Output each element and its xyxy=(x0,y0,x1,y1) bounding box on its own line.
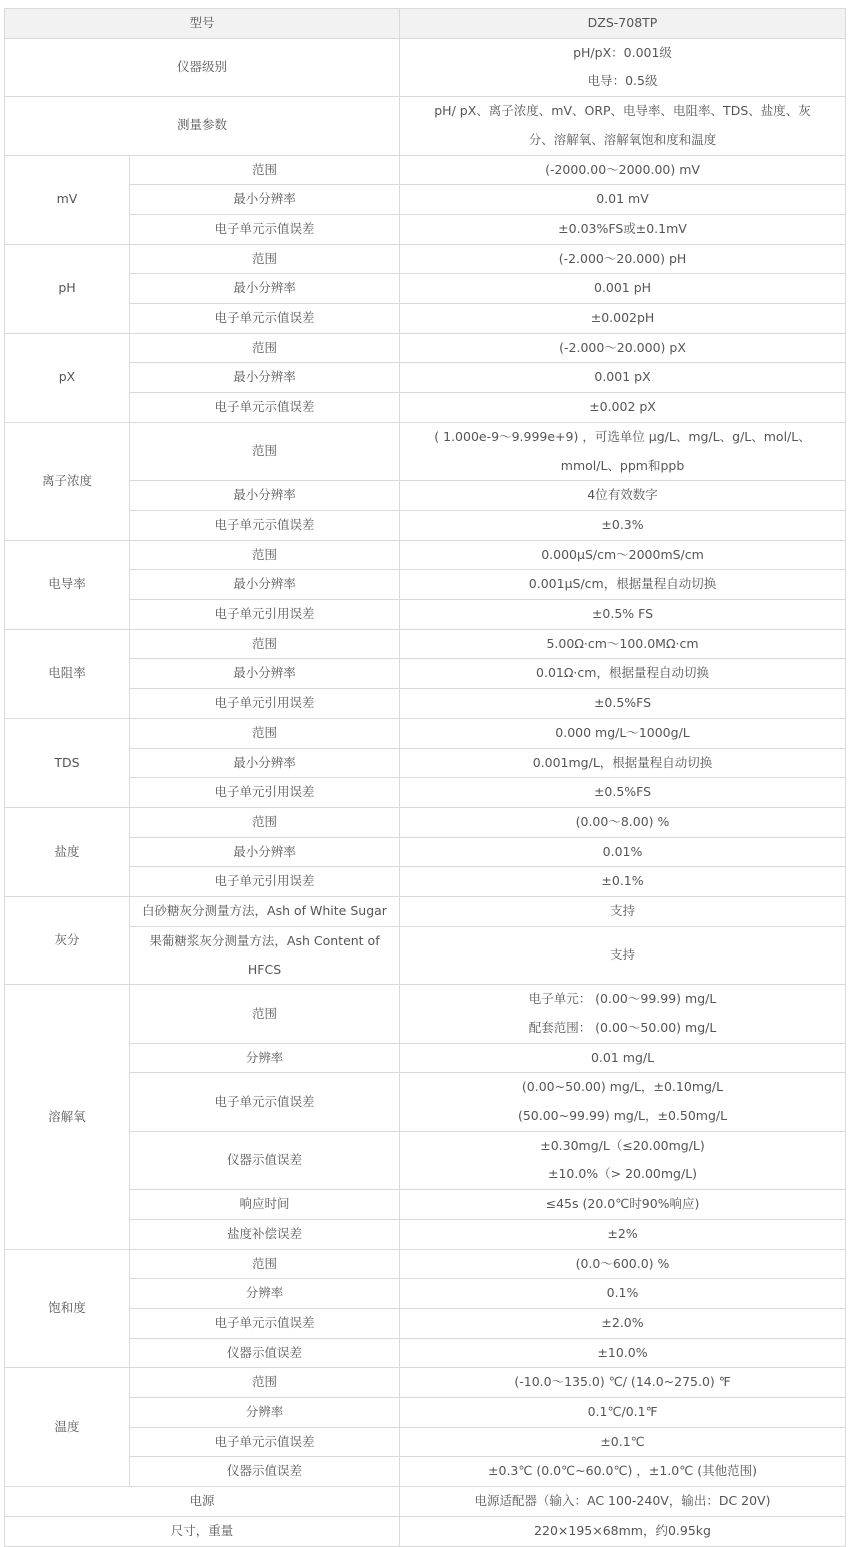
spec-value-line: (0.00～8.00) % xyxy=(406,808,839,837)
spec-row: 电子单元示值误差±0.3% xyxy=(5,510,846,540)
spec-value-line: 0.1℃/0.1℉ xyxy=(406,1398,839,1427)
spec-value-line: (-2000.00～2000.00) mV xyxy=(406,156,839,185)
spec-row: 盐度补偿误差±2% xyxy=(5,1219,846,1249)
group-name: 饱和度 xyxy=(5,1249,130,1368)
spec-value-line: (-10.0～135.0) ℃/ (14.0~275.0) ℉ xyxy=(406,1368,839,1397)
spec-value-line: 分、溶解氧、溶解氧饱和度和温度 xyxy=(406,126,839,155)
spec-label: 分辨率 xyxy=(130,1043,400,1073)
spec-value-line: 0.001 pX xyxy=(406,363,839,392)
spec-value-line: mmol/L、ppm和ppb xyxy=(406,452,839,481)
spec-label: 电子单元示值误差 xyxy=(130,393,400,423)
spec-value-line: (-2.000～20.000) pH xyxy=(406,245,839,274)
spec-label: 电子单元示值误差 xyxy=(130,304,400,334)
general-label: 测量参数 xyxy=(5,97,400,155)
spec-value-line: 电子单元： (0.00～99.99) mg/L xyxy=(406,985,839,1014)
spec-row: 电子单元引用误差±0.5% FS xyxy=(5,600,846,630)
spec-row: 电子单元引用误差±0.5%FS xyxy=(5,778,846,808)
spec-value: 0.1% xyxy=(400,1279,846,1309)
spec-value-line: pH/pX：0.001级 xyxy=(406,39,839,68)
spec-value-line: ±2% xyxy=(406,1220,839,1249)
spec-label: 分辨率 xyxy=(130,1398,400,1428)
group-name: TDS xyxy=(5,718,130,807)
spec-value: 0.001μS/cm，根据量程自动切换 xyxy=(400,570,846,600)
spec-label: 仪器示值误差 xyxy=(130,1457,400,1487)
general-row: 仪器级别pH/pX：0.001级电导：0.5级 xyxy=(5,38,846,96)
spec-row: 仪器示值误差±10.0% xyxy=(5,1338,846,1368)
spec-value-line: 0.01 mg/L xyxy=(406,1044,839,1073)
spec-row: 最小分辨率0.01 mV xyxy=(5,185,846,215)
spec-value: (0.00~50.00) mg/L，±0.10mg/L(50.00~99.99)… xyxy=(400,1073,846,1131)
spec-value: ±0.5% FS xyxy=(400,600,846,630)
spec-value-line: ( 1.000e-9～9.999e+9) ，可选单位 μg/L、mg/L、g/L… xyxy=(406,423,839,452)
spec-value-line: 支持 xyxy=(406,941,839,970)
spec-label: 最小分辨率 xyxy=(130,570,400,600)
spec-value-line: 0.001mg/L，根据量程自动切换 xyxy=(406,749,839,778)
spec-value: 0.01% xyxy=(400,837,846,867)
spec-label: 响应时间 xyxy=(130,1190,400,1220)
spec-label: 最小分辨率 xyxy=(130,659,400,689)
spec-value: 0.01 mg/L xyxy=(400,1043,846,1073)
spec-value: 0.001 pH xyxy=(400,274,846,304)
spec-label: 果葡糖浆灰分测量方法，Ash Content of HFCS xyxy=(130,926,400,984)
spec-value-line: ±0.30mg/L（≤20.00mg/L) xyxy=(406,1132,839,1161)
spec-value: ±0.5%FS xyxy=(400,689,846,719)
spec-value-line: 220×195×68mm，约0.95kg xyxy=(406,1517,839,1535)
spec-label: 最小分辨率 xyxy=(130,481,400,511)
spec-value-line: 5.00Ω·cm～100.0MΩ·cm xyxy=(406,630,839,659)
spec-label: 范围 xyxy=(130,1368,400,1398)
spec-value: ±0.002 pX xyxy=(400,393,846,423)
spec-value: (0.00～8.00) % xyxy=(400,807,846,837)
spec-row: 离子浓度范围( 1.000e-9～9.999e+9) ，可选单位 μg/L、mg… xyxy=(5,422,846,480)
spec-label: 电子单元示值误差 xyxy=(130,1308,400,1338)
spec-row: TDS范围0.000 mg/L～1000g/L xyxy=(5,718,846,748)
spec-value-line: 0.000 mg/L～1000g/L xyxy=(406,719,839,748)
spec-row: 电子单元示值误差±0.002 pX xyxy=(5,393,846,423)
spec-row: 盐度范围(0.00～8.00) % xyxy=(5,807,846,837)
header-label: 型号 xyxy=(5,9,400,39)
group-name: pH xyxy=(5,244,130,333)
spec-label: 最小分辨率 xyxy=(130,837,400,867)
spec-label: 最小分辨率 xyxy=(130,748,400,778)
spec-value-line: 0.01Ω·cm，根据量程自动切换 xyxy=(406,659,839,688)
spec-row: 最小分辨率0.001mg/L，根据量程自动切换 xyxy=(5,748,846,778)
spec-value: 0.01 mV xyxy=(400,185,846,215)
spec-value: (-2.000～20.000) pH xyxy=(400,244,846,274)
spec-value: ≤45s (20.0℃时90%响应) xyxy=(400,1190,846,1220)
spec-value-line: ±10.0%（> 20.00mg/L) xyxy=(406,1160,839,1189)
spec-value: 0.001mg/L，根据量程自动切换 xyxy=(400,748,846,778)
spec-value: ±2% xyxy=(400,1219,846,1249)
spec-table-container: 型号 DZS-708TP 仪器级别pH/pX：0.001级电导：0.5级测量参数… xyxy=(4,8,845,1535)
group-name: mV xyxy=(5,155,130,244)
spec-label: 最小分辨率 xyxy=(130,274,400,304)
group-name: 电阻率 xyxy=(5,629,130,718)
spec-label: 电子单元引用误差 xyxy=(130,600,400,630)
spec-row: 仪器示值误差±0.30mg/L（≤20.00mg/L)±10.0%（> 20.0… xyxy=(5,1131,846,1189)
spec-value: 4位有效数字 xyxy=(400,481,846,511)
spec-row: 温度范围(-10.0～135.0) ℃/ (14.0~275.0) ℉ xyxy=(5,1368,846,1398)
spec-row: 电子单元示值误差±2.0% xyxy=(5,1308,846,1338)
spec-value: 支持 xyxy=(400,897,846,927)
spec-value: pH/ pX、离子浓度、mV、ORP、电导率、电阻率、TDS、盐度、灰分、溶解氧… xyxy=(400,97,846,155)
header-row: 型号 DZS-708TP xyxy=(5,9,846,39)
spec-value: ±0.1℃ xyxy=(400,1427,846,1457)
spec-value: ±0.30mg/L（≤20.00mg/L)±10.0%（> 20.00mg/L) xyxy=(400,1131,846,1189)
group-name: 盐度 xyxy=(5,807,130,896)
spec-label: 电子单元引用误差 xyxy=(130,778,400,808)
spec-label: 电子单元示值误差 xyxy=(130,214,400,244)
spec-value: 220×195×68mm，约0.95kg xyxy=(400,1516,846,1535)
spec-row: pH范围(-2.000～20.000) pH xyxy=(5,244,846,274)
spec-value: 电源适配器（输入：AC 100-240V，输出：DC 20V) xyxy=(400,1487,846,1517)
spec-value: 支持 xyxy=(400,926,846,984)
spec-value-line: 4位有效数字 xyxy=(406,481,839,510)
spec-table: 型号 DZS-708TP 仪器级别pH/pX：0.001级电导：0.5级测量参数… xyxy=(4,8,846,1535)
spec-row: 电阻率范围5.00Ω·cm～100.0MΩ·cm xyxy=(5,629,846,659)
spec-value-line: 电导：0.5级 xyxy=(406,67,839,96)
spec-value: 0.1℃/0.1℉ xyxy=(400,1398,846,1428)
group-name: 电导率 xyxy=(5,540,130,629)
spec-value-line: 0.000μS/cm～2000mS/cm xyxy=(406,541,839,570)
spec-value: ±0.5%FS xyxy=(400,778,846,808)
spec-value-line: 配套范围： (0.00～50.00) mg/L xyxy=(406,1014,839,1043)
spec-label: 范围 xyxy=(130,718,400,748)
spec-value: ±10.0% xyxy=(400,1338,846,1368)
spec-value-line: pH/ pX、离子浓度、mV、ORP、电导率、电阻率、TDS、盐度、灰 xyxy=(406,97,839,126)
group-name: 离子浓度 xyxy=(5,422,130,540)
spec-value-line: (0.0～600.0) % xyxy=(406,1250,839,1279)
general-row: 测量参数pH/ pX、离子浓度、mV、ORP、电导率、电阻率、TDS、盐度、灰分… xyxy=(5,97,846,155)
spec-value: 0.001 pX xyxy=(400,363,846,393)
spec-value-line: ±2.0% xyxy=(406,1309,839,1338)
spec-value: ±0.002pH xyxy=(400,304,846,334)
spec-row: 响应时间≤45s (20.0℃时90%响应) xyxy=(5,1190,846,1220)
spec-value: ±0.03%FS或±0.1mV xyxy=(400,214,846,244)
spec-value-line: ±0.1% xyxy=(406,867,839,896)
spec-row: 电子单元示值误差±0.002pH xyxy=(5,304,846,334)
spec-row: 最小分辨率0.01Ω·cm，根据量程自动切换 xyxy=(5,659,846,689)
spec-table-body: 型号 DZS-708TP 仪器级别pH/pX：0.001级电导：0.5级测量参数… xyxy=(5,9,846,1536)
spec-row: mV范围(-2000.00～2000.00) mV xyxy=(5,155,846,185)
spec-value-line: ±0.002 pX xyxy=(406,393,839,422)
spec-label: 范围 xyxy=(130,985,400,1043)
spec-value-line: 支持 xyxy=(406,897,839,926)
spec-row: 电子单元引用误差±0.5%FS xyxy=(5,689,846,719)
spec-row: 电子单元示值误差±0.1℃ xyxy=(5,1427,846,1457)
spec-value: ±0.3% xyxy=(400,510,846,540)
spec-value-line: ±0.5% FS xyxy=(406,600,839,629)
spec-label: 白砂糖灰分测量方法，Ash of White Sugar xyxy=(130,897,400,927)
spec-value: (-2000.00～2000.00) mV xyxy=(400,155,846,185)
spec-value: 电子单元： (0.00～99.99) mg/L配套范围： (0.00～50.00… xyxy=(400,985,846,1043)
spec-value: (0.0～600.0) % xyxy=(400,1249,846,1279)
spec-value-line: (-2.000～20.000) pX xyxy=(406,334,839,363)
spec-label: 最小分辨率 xyxy=(130,363,400,393)
spec-value: 0.000 mg/L～1000g/L xyxy=(400,718,846,748)
general-label: 仪器级别 xyxy=(5,38,400,96)
model-value: DZS-708TP xyxy=(400,9,846,39)
spec-label: 范围 xyxy=(130,540,400,570)
spec-value-line: 0.01% xyxy=(406,838,839,867)
spec-row: 分辨率0.1% xyxy=(5,1279,846,1309)
spec-label: 范围 xyxy=(130,1249,400,1279)
footer-row: 电源电源适配器（输入：AC 100-240V，输出：DC 20V) xyxy=(5,1487,846,1517)
spec-value-line: (50.00~99.99) mg/L，±0.50mg/L xyxy=(406,1102,839,1131)
spec-value: 0.000μS/cm～2000mS/cm xyxy=(400,540,846,570)
spec-row: 灰分白砂糖灰分测量方法，Ash of White Sugar支持 xyxy=(5,897,846,927)
spec-row: 电子单元引用误差±0.1% xyxy=(5,867,846,897)
spec-row: 分辨率0.1℃/0.1℉ xyxy=(5,1398,846,1428)
footer-label: 尺寸，重量 xyxy=(5,1516,400,1535)
group-name: 溶解氧 xyxy=(5,985,130,1249)
spec-label: 最小分辨率 xyxy=(130,185,400,215)
spec-value-line: ±10.0% xyxy=(406,1339,839,1368)
spec-value: pH/pX：0.001级电导：0.5级 xyxy=(400,38,846,96)
spec-value-line: (0.00~50.00) mg/L，±0.10mg/L xyxy=(406,1073,839,1102)
spec-row: 仪器示值误差±0.3℃ (0.0℃~60.0℃) ，±1.0℃ (其他范围) xyxy=(5,1457,846,1487)
spec-label: 电子单元引用误差 xyxy=(130,689,400,719)
spec-label: 仪器示值误差 xyxy=(130,1131,400,1189)
spec-value: (-10.0～135.0) ℃/ (14.0~275.0) ℉ xyxy=(400,1368,846,1398)
spec-label: 范围 xyxy=(130,422,400,480)
spec-row: 电子单元示值误差±0.03%FS或±0.1mV xyxy=(5,214,846,244)
spec-label: 范围 xyxy=(130,155,400,185)
spec-value: 5.00Ω·cm～100.0MΩ·cm xyxy=(400,629,846,659)
spec-value: ±0.1% xyxy=(400,867,846,897)
spec-value-line: ±0.3℃ (0.0℃~60.0℃) ，±1.0℃ (其他范围) xyxy=(406,1457,839,1486)
spec-row: 溶解氧范围电子单元： (0.00～99.99) mg/L配套范围： (0.00～… xyxy=(5,985,846,1043)
spec-value-line: ±0.3% xyxy=(406,511,839,540)
spec-label: 范围 xyxy=(130,333,400,363)
spec-row: 最小分辨率0.001 pH xyxy=(5,274,846,304)
spec-value-line: ±0.1℃ xyxy=(406,1428,839,1457)
spec-value-line: ±0.5%FS xyxy=(406,689,839,718)
spec-row: 电导率范围0.000μS/cm～2000mS/cm xyxy=(5,540,846,570)
spec-row: 最小分辨率0.001 pX xyxy=(5,363,846,393)
spec-value: ±0.3℃ (0.0℃~60.0℃) ，±1.0℃ (其他范围) xyxy=(400,1457,846,1487)
spec-row: 果葡糖浆灰分测量方法，Ash Content of HFCS支持 xyxy=(5,926,846,984)
spec-value-line: 0.01 mV xyxy=(406,185,839,214)
spec-label: 仪器示值误差 xyxy=(130,1338,400,1368)
spec-row: 饱和度范围(0.0～600.0) % xyxy=(5,1249,846,1279)
spec-row: 分辨率0.01 mg/L xyxy=(5,1043,846,1073)
spec-value-line: 0.001μS/cm，根据量程自动切换 xyxy=(406,570,839,599)
group-name: 灰分 xyxy=(5,897,130,985)
spec-label: 电子单元引用误差 xyxy=(130,867,400,897)
spec-row: 最小分辨率4位有效数字 xyxy=(5,481,846,511)
footer-label: 电源 xyxy=(5,1487,400,1517)
spec-value-line: ±0.002pH xyxy=(406,304,839,333)
spec-label: 电子单元示值误差 xyxy=(130,510,400,540)
spec-value-line: ±0.5%FS xyxy=(406,778,839,807)
spec-value: 0.01Ω·cm，根据量程自动切换 xyxy=(400,659,846,689)
spec-value: (-2.000～20.000) pX xyxy=(400,333,846,363)
spec-label: 分辨率 xyxy=(130,1279,400,1309)
spec-label: 范围 xyxy=(130,244,400,274)
spec-row: 最小分辨率0.01% xyxy=(5,837,846,867)
spec-label: 电子单元示值误差 xyxy=(130,1427,400,1457)
spec-value-line: 电源适配器（输入：AC 100-240V，输出：DC 20V) xyxy=(406,1487,839,1516)
spec-row: 电子单元示值误差(0.00~50.00) mg/L，±0.10mg/L(50.0… xyxy=(5,1073,846,1131)
spec-value-line: ±0.03%FS或±0.1mV xyxy=(406,215,839,244)
group-name: 温度 xyxy=(5,1368,130,1487)
spec-label: 盐度补偿误差 xyxy=(130,1219,400,1249)
footer-row: 尺寸，重量220×195×68mm，约0.95kg xyxy=(5,1516,846,1535)
group-name: pX xyxy=(5,333,130,422)
spec-value-line: ≤45s (20.0℃时90%响应) xyxy=(406,1190,839,1219)
spec-label: 范围 xyxy=(130,807,400,837)
spec-value-line: 0.1% xyxy=(406,1279,839,1308)
spec-value: ( 1.000e-9～9.999e+9) ，可选单位 μg/L、mg/L、g/L… xyxy=(400,422,846,480)
spec-label: 范围 xyxy=(130,629,400,659)
spec-value-line: 0.001 pH xyxy=(406,274,839,303)
spec-row: pX范围(-2.000～20.000) pX xyxy=(5,333,846,363)
spec-value: ±2.0% xyxy=(400,1308,846,1338)
spec-row: 最小分辨率0.001μS/cm，根据量程自动切换 xyxy=(5,570,846,600)
spec-label: 电子单元示值误差 xyxy=(130,1073,400,1131)
